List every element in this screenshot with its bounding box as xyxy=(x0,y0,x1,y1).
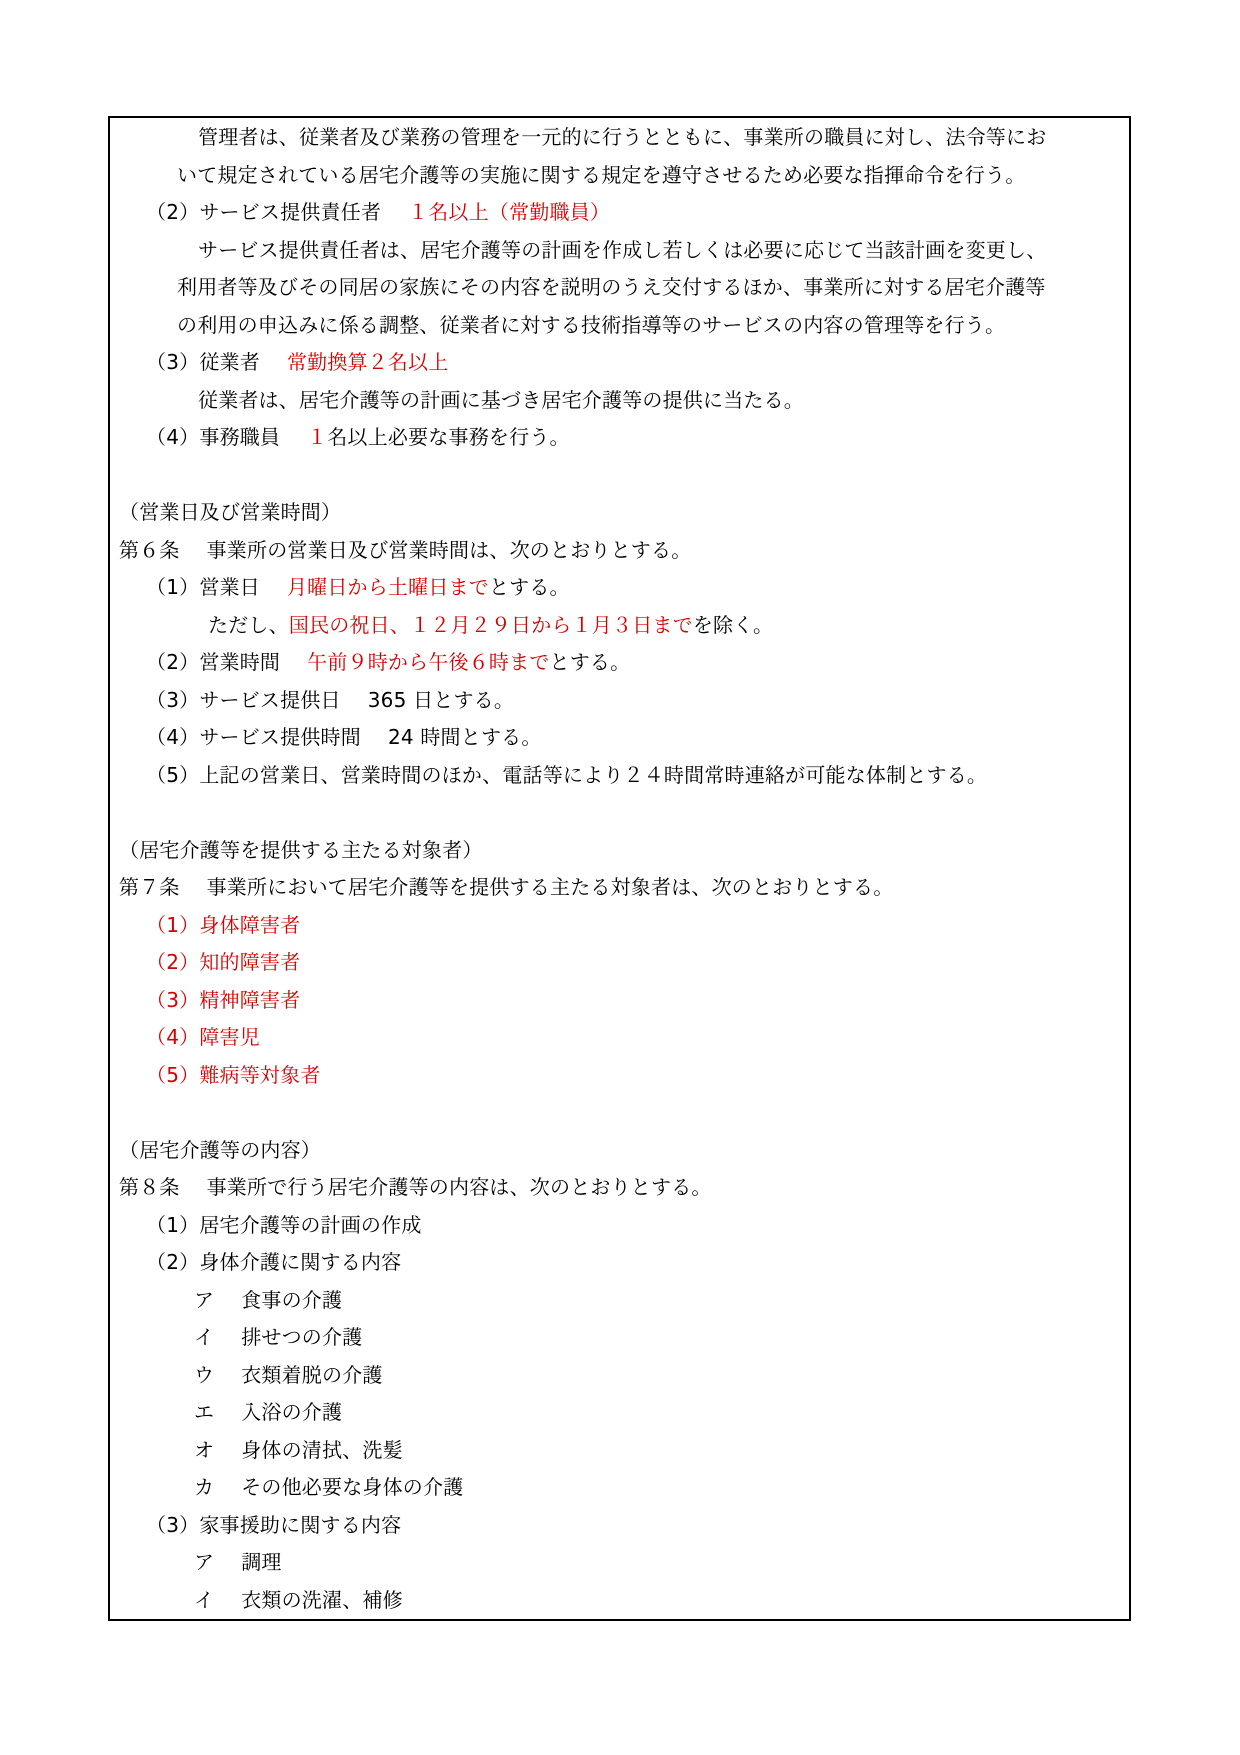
document-line: エ入浴の介護 xyxy=(110,1394,1129,1432)
document-line: 従業者は、居宅介護等の計画に基づき居宅介護等の提供に当たる。 xyxy=(110,382,1129,420)
document-line: ウ衣類着脱の介護 xyxy=(110,1357,1129,1395)
body-text: ただし、 xyxy=(208,613,289,637)
document-line: （1）営業日月曜日から土曜日までとする。 xyxy=(110,569,1129,607)
emphasized-red-text: 国民の祝日、１２月２９日から１月３日まで xyxy=(289,613,693,637)
body-text: 排せつの介護 xyxy=(241,1325,362,1349)
document-line: （2）営業時間午前９時から午後６時までとする。 xyxy=(110,644,1129,682)
body-text: サービス提供責任者は、居宅介護等の計画を作成し若しくは必要に応じて当該計画を変更… xyxy=(198,238,1046,262)
body-text: ウ xyxy=(194,1363,214,1387)
document-line: 第７条事業所において居宅介護等を提供する主たる対象者は、次のとおりとする。 xyxy=(110,869,1129,907)
body-text: 事業所で行う居宅介護等の内容は、次のとおりとする。 xyxy=(207,1175,712,1199)
document-line: ただし、国民の祝日、１２月２９日から１月３日までを除く。 xyxy=(110,607,1129,645)
emphasized-red-text: 月曜日から土曜日まで xyxy=(287,575,489,599)
document-line: ア調理 xyxy=(110,1544,1129,1582)
body-text: 衣類着脱の介護 xyxy=(241,1363,382,1387)
body-text: 事業所の営業日及び営業時間は、次のとおりとする。 xyxy=(207,538,692,562)
blank-line xyxy=(110,1094,1129,1132)
body-text: 事業所において居宅介護等を提供する主たる対象者は、次のとおりとする。 xyxy=(207,875,894,899)
document-line: サービス提供責任者は、居宅介護等の計画を作成し若しくは必要に応じて当該計画を変更… xyxy=(110,232,1129,270)
document-line: （1）居宅介護等の計画の作成 xyxy=(110,1207,1129,1245)
body-text: 身体の清拭、洗髪 xyxy=(241,1438,403,1462)
document-line: （5）難病等対象者 xyxy=(110,1057,1129,1095)
body-text: （3）従業者 xyxy=(146,350,260,374)
body-text: 入浴の介護 xyxy=(241,1400,342,1424)
document-line: （2）身体介護に関する内容 xyxy=(110,1244,1129,1282)
document-line: （居宅介護等を提供する主たる対象者） xyxy=(110,832,1129,870)
body-text: （4）事務職員 xyxy=(146,425,280,449)
blank-line xyxy=(110,794,1129,832)
document-line: （4）サービス提供時間24 時間とする。 xyxy=(110,719,1129,757)
document-line: イ衣類の洗濯、補修 xyxy=(110,1582,1129,1620)
body-text: 従業者は、居宅介護等の計画に基づき居宅介護等の提供に当たる。 xyxy=(198,388,804,412)
body-text: 名以上必要な事務を行う。 xyxy=(327,425,569,449)
document-line: ア食事の介護 xyxy=(110,1282,1129,1320)
document-line: （1）身体障害者 xyxy=(110,907,1129,945)
body-text: （3）家事援助に関する内容 xyxy=(146,1513,401,1537)
body-text: ア xyxy=(194,1550,214,1574)
emphasized-red-text: （5）難病等対象者 xyxy=(146,1063,321,1087)
body-text: （4）サービス提供時間 xyxy=(146,725,361,749)
body-text: の利用の申込みに係る調整、従業者に対する技術指導等のサービスの内容の管理等を行う… xyxy=(177,313,1005,337)
document-line: 第８条事業所で行う居宅介護等の内容は、次のとおりとする。 xyxy=(110,1169,1129,1207)
document-line: （3）従業者常勤換算２名以上 xyxy=(110,344,1129,382)
emphasized-red-text: １ xyxy=(307,425,327,449)
document-line: （2）サービス提供責任者１名以上（常勤職員） xyxy=(110,194,1129,232)
emphasized-red-text: （3）精神障害者 xyxy=(146,988,300,1012)
document-line: （4）事務職員１名以上必要な事務を行う。 xyxy=(110,419,1129,457)
body-text: ア xyxy=(194,1288,214,1312)
body-text: （2）営業時間 xyxy=(146,650,280,674)
body-text: 衣類の洗濯、補修 xyxy=(241,1588,403,1612)
body-text: 24 時間とする。 xyxy=(388,725,542,749)
body-text: カ xyxy=(194,1475,214,1499)
body-text: イ xyxy=(194,1588,214,1612)
document-line: （3）サービス提供日365 日とする。 xyxy=(110,682,1129,720)
emphasized-red-text: 午前９時から午後６時まで xyxy=(307,650,549,674)
body-text: （1）居宅介護等の計画の作成 xyxy=(146,1213,422,1237)
document-line: の利用の申込みに係る調整、従業者に対する技術指導等のサービスの内容の管理等を行う… xyxy=(110,307,1129,345)
document-line: （4）障害児 xyxy=(110,1019,1129,1057)
body-text: 365 日とする。 xyxy=(368,688,514,712)
emphasized-red-text: （1）身体障害者 xyxy=(146,913,300,937)
body-text: （居宅介護等を提供する主たる対象者） xyxy=(119,838,483,862)
document-line: オ身体の清拭、洗髪 xyxy=(110,1432,1129,1470)
emphasized-red-text: １名以上（常勤職員） xyxy=(408,200,610,224)
body-text: 調理 xyxy=(241,1550,281,1574)
body-text: 食事の介護 xyxy=(241,1288,342,1312)
body-text: いて規定されている居宅介護等の実施に関する規定を遵守させるため必要な指揮命令を行… xyxy=(177,163,1025,187)
body-text: 管理者は、従業者及び業務の管理を一元的に行うとともに、事業所の職員に対し、法令等… xyxy=(198,125,1046,149)
document-line: 管理者は、従業者及び業務の管理を一元的に行うとともに、事業所の職員に対し、法令等… xyxy=(110,119,1129,157)
body-text: その他必要な身体の介護 xyxy=(241,1475,463,1499)
document-line: 利用者等及びその同居の家族にその内容を説明のうえ交付するほか、事業所に対する居宅… xyxy=(110,269,1129,307)
document-line: 第６条事業所の営業日及び営業時間は、次のとおりとする。 xyxy=(110,532,1129,570)
emphasized-red-text: 常勤換算２名以上 xyxy=(287,350,449,374)
emphasized-red-text: （2）知的障害者 xyxy=(146,950,300,974)
body-text: とする。 xyxy=(489,575,570,599)
body-text: 利用者等及びその同居の家族にその内容を説明のうえ交付するほか、事業所に対する居宅… xyxy=(177,275,1046,299)
document-line: （3）家事援助に関する内容 xyxy=(110,1507,1129,1545)
body-text: を除く。 xyxy=(693,613,773,637)
body-text: （居宅介護等の内容） xyxy=(119,1138,321,1162)
document-border-box: 管理者は、従業者及び業務の管理を一元的に行うとともに、事業所の職員に対し、法令等… xyxy=(108,116,1131,1621)
body-text: （営業日及び営業時間） xyxy=(119,500,341,524)
body-text: 第６条 xyxy=(119,538,180,562)
document-line: （5）上記の営業日、営業時間のほか、電話等により２４時間常時連絡が可能な体制とす… xyxy=(110,757,1129,795)
body-text: （1）営業日 xyxy=(146,575,260,599)
body-text: イ xyxy=(194,1325,214,1349)
document-line: イ排せつの介護 xyxy=(110,1319,1129,1357)
blank-line xyxy=(110,457,1129,495)
document-line: いて規定されている居宅介護等の実施に関する規定を遵守させるため必要な指揮命令を行… xyxy=(110,157,1129,195)
body-text: 第７条 xyxy=(119,875,180,899)
document-line: カその他必要な身体の介護 xyxy=(110,1469,1129,1507)
document-line: （営業日及び営業時間） xyxy=(110,494,1129,532)
document-page: { "page": { "background": "#ffffff", "te… xyxy=(0,0,1240,1755)
body-text: とする。 xyxy=(550,650,631,674)
document-line: （居宅介護等の内容） xyxy=(110,1132,1129,1170)
emphasized-red-text: （4）障害児 xyxy=(146,1025,260,1049)
body-text: （2）身体介護に関する内容 xyxy=(146,1250,401,1274)
body-text: （2）サービス提供責任者 xyxy=(146,200,381,224)
document-content: 管理者は、従業者及び業務の管理を一元的に行うとともに、事業所の職員に対し、法令等… xyxy=(110,118,1129,1619)
body-text: オ xyxy=(194,1438,214,1462)
body-text: （5）上記の営業日、営業時間のほか、電話等により２４時間常時連絡が可能な体制とす… xyxy=(146,763,987,787)
document-line: （3）精神障害者 xyxy=(110,982,1129,1020)
body-text: （3）サービス提供日 xyxy=(146,688,341,712)
body-text: 第８条 xyxy=(119,1175,180,1199)
body-text: エ xyxy=(194,1400,214,1424)
document-line: （2）知的障害者 xyxy=(110,944,1129,982)
